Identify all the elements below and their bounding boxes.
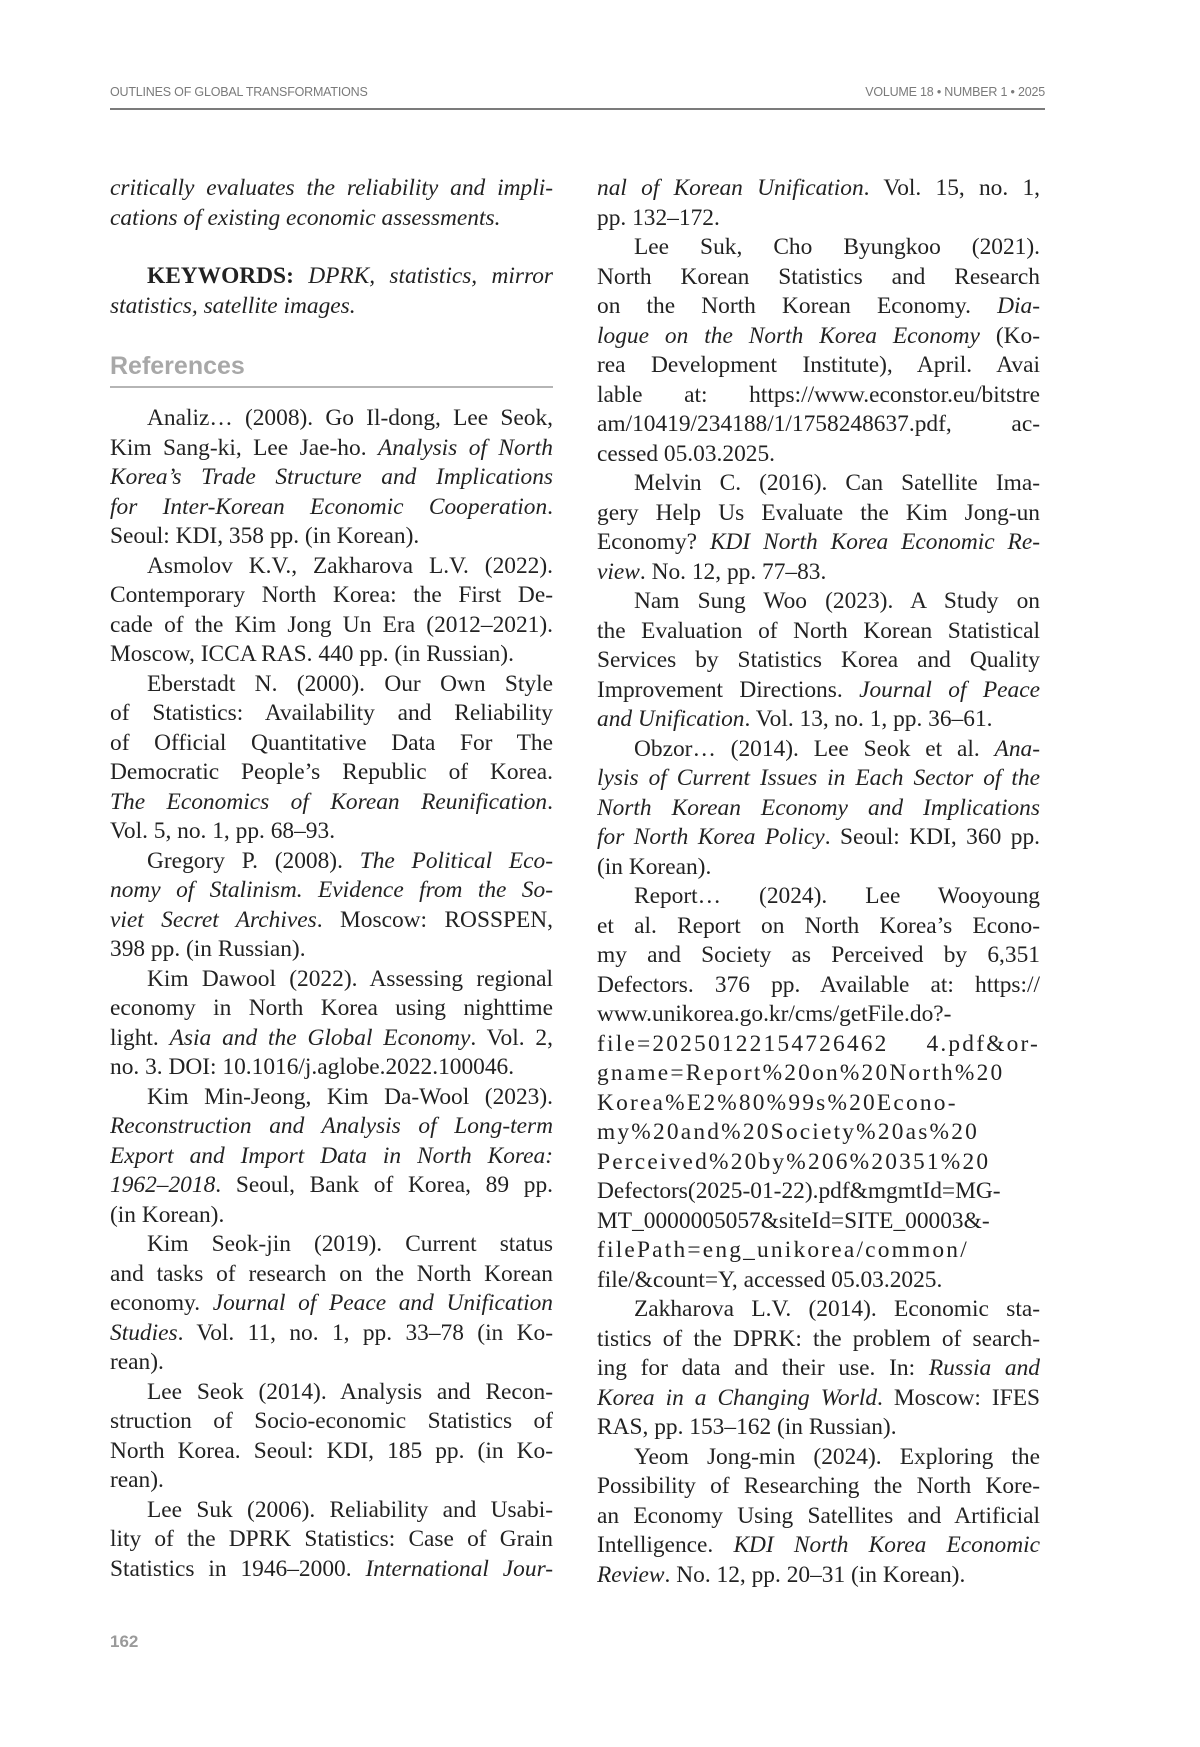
reference-line: Kim Seok-jin (2019). Current status [110, 1230, 553, 1260]
reference-line: of Statistics: Availability and Reliabil… [110, 699, 553, 729]
reference-line: RAS, pp. 153–162 (in Russian). [597, 1413, 1040, 1443]
reference-line: tistics of the DPRK: the problem of sear… [597, 1325, 1040, 1355]
reference-line: gery Help Us Evaluate the Kim Jong-un [597, 499, 1040, 529]
reference-line: Moscow, ICCA RAS. 440 pp. (in Russian). [110, 640, 553, 670]
reference-line: the Evaluation of North Korean Statistic… [597, 617, 1040, 647]
reference-line: Export and Import Data in North Korea: [110, 1142, 553, 1172]
reference-line: filePath=eng_unikorea/common/ [597, 1236, 1040, 1266]
reference-line: rean). [110, 1466, 553, 1496]
italic-title: Review [597, 1562, 665, 1588]
reference-line: (in Korean). [110, 1201, 553, 1231]
references-rule [110, 386, 553, 388]
reference-line: Korea%E2%80%99s%20Econo- [597, 1089, 1040, 1119]
reference-line: no. 3. DOI: 10.1016/j.aglobe.2022.100046… [110, 1053, 553, 1083]
reference-line: Intelligence. KDI North Korea Economic [597, 1531, 1040, 1561]
reference-line: Statistics in 1946–2000. International J… [110, 1555, 553, 1585]
references-list-right: nal of Korean Unification. Vol. 15, no. … [597, 174, 1040, 1590]
italic-title: KDI North Korea Economic [733, 1532, 1040, 1558]
reference-line: for North Korea Policy. Seoul: KDI, 360 … [597, 823, 1040, 853]
reference-line: nomy of Stalinism. Evidence from the So- [110, 876, 553, 906]
reference-line: logue on the North Korea Economy (Ko- [597, 322, 1040, 352]
keywords-line: KEYWORDS: DPRK, statistics, mirror [110, 262, 553, 292]
reference-line: ing for data and their use. In: Russia a… [597, 1354, 1040, 1384]
reference-line: rea Development Institute), April. Avai [597, 351, 1040, 381]
reference-line: Korea’s Trade Structure and Implications [110, 463, 553, 493]
reference-line: light. Asia and the Global Economy. Vol.… [110, 1024, 553, 1054]
italic-title: Dia- [997, 293, 1040, 319]
reference-line: Perceived%20by%206%20351%20 [597, 1148, 1040, 1178]
reference-line: my and Society as Perceived by 6,351 [597, 941, 1040, 971]
reference-line: MT_0000005057&siteId=SITE_00003&- [597, 1207, 1040, 1237]
reference-line: Lee Suk (2006). Reliability and Usabi- [110, 1496, 553, 1526]
keywords-line: statistics, satellite images. [110, 292, 553, 322]
reference-line: my%20and%20Society%20as%20 [597, 1118, 1040, 1148]
reference-line: Korea in a Changing World. Moscow: IFES [597, 1384, 1040, 1414]
abstract-line: cations of existing economic assessments… [110, 204, 553, 234]
reference-line: rean). [110, 1348, 553, 1378]
reference-line: Zakharova L.V. (2014). Economic sta- [597, 1295, 1040, 1325]
reference-line: The Economics of Korean Reunification. [110, 788, 553, 818]
keywords-label: KEYWORDS: [147, 263, 294, 289]
reference-line: view. No. 12, pp. 77–83. [597, 558, 1040, 588]
italic-title: Analysis of North [378, 435, 553, 461]
reference-line: Vol. 5, no. 1, pp. 68–93. [110, 817, 553, 847]
reference-line: 1962–2018. Seoul, Bank of Korea, 89 pp. [110, 1171, 553, 1201]
reference-line: Lee Suk, Cho Byungkoo (2021). [597, 233, 1040, 263]
references-list-left: Analiz… (2008). Go Il-dong, Lee Seok,Kim… [110, 404, 553, 1584]
reference-line: and Unification. Vol. 13, no. 1, pp. 36–… [597, 705, 1040, 735]
reference-line: North Korean Statistics and Research [597, 263, 1040, 293]
italic-title: The Economics of Korean Reunification [110, 789, 547, 815]
reference-line: Asmolov K.V., Zakharova L.V. (2022). [110, 552, 553, 582]
reference-line: Kim Min-Jeong, Kim Da-Wool (2023). [110, 1083, 553, 1113]
reference-line: pp. 132–172. [597, 204, 1040, 234]
italic-title: logue on the North Korea Economy [597, 323, 980, 349]
reference-line: Review. No. 12, pp. 20–31 (in Korean). [597, 1561, 1040, 1591]
reference-line: Reconstruction and Analysis of Long-term [110, 1112, 553, 1142]
italic-title: Journal of Peace [859, 677, 1040, 703]
italic-title: nomy of Stalinism. Evidence from the So- [110, 877, 553, 903]
spacer [110, 233, 553, 262]
italic-title: Korea’s Trade Structure and Implications [110, 464, 553, 490]
references-heading: References [110, 350, 553, 382]
italic-title: Ana- [995, 736, 1040, 762]
italic-title: The Political Eco- [360, 848, 553, 874]
italic-title: KDI North Korea Economic Re- [710, 529, 1040, 555]
issue-info: VOLUME 18 • NUMBER 1 • 2025 [865, 85, 1045, 99]
italic-title: Russia and [929, 1355, 1040, 1381]
reference-line: www.unikorea.go.kr/cms/getFile.do?- [597, 1000, 1040, 1030]
reference-line: Defectors(2025-01-22).pdf&mgmtId=MG- [597, 1177, 1040, 1207]
reference-line: Obzor… (2014). Lee Seok et al. Ana- [597, 735, 1040, 765]
reference-line: and tasks of research on the North Korea… [110, 1260, 553, 1290]
reference-line: Services by Statistics Korea and Quality [597, 646, 1040, 676]
italic-title: lysis of Current Issues in Each Sector o… [597, 765, 1040, 791]
italic-title: Reconstruction and Analysis of Long-term [110, 1113, 553, 1139]
right-column: nal of Korean Unification. Vol. 15, no. … [597, 174, 1040, 1590]
reference-line: Melvin C. (2016). Can Satellite Ima- [597, 469, 1040, 499]
italic-title: Export and Import Data in North Korea: [110, 1143, 553, 1169]
reference-line: viet Secret Archives. Moscow: ROSSPEN, [110, 906, 553, 936]
italic-title: 1962–2018 [110, 1172, 215, 1198]
reference-line: Eberstadt N. (2000). Our Own Style [110, 670, 553, 700]
reference-line: et al. Report on North Korea’s Econo- [597, 912, 1040, 942]
reference-line: 398 pp. (in Russian). [110, 935, 553, 965]
header-rule [110, 108, 1045, 110]
reference-line: cade of the Kim Jong Un Era (2012–2021). [110, 611, 553, 641]
reference-line: Report… (2024). Lee Wooyoung [597, 882, 1040, 912]
italic-title: North Korean Economy and Implications [597, 795, 1040, 821]
reference-line: economy. Journal of Peace and Unificatio… [110, 1289, 553, 1319]
keywords-list: DPRK, statistics, mirror [308, 263, 553, 289]
abstract-line: critically evaluates the reliability and… [110, 174, 553, 204]
reference-line: Seoul: KDI, 358 pp. (in Korean). [110, 522, 553, 552]
reference-line: Nam Sung Woo (2023). A Study on [597, 587, 1040, 617]
reference-line: economy in North Korea using nighttime [110, 994, 553, 1024]
reference-line: an Economy Using Satellites and Artifici… [597, 1502, 1040, 1532]
reference-line: on the North Korean Economy. Dia- [597, 292, 1040, 322]
journal-title: OUTLINES OF GLOBAL TRANSFORMATIONS [110, 85, 368, 99]
reference-line: Defectors. 376 pp. Available at: https:/… [597, 971, 1040, 1001]
italic-title: viet Secret Archives [110, 907, 317, 933]
reference-line: Possibility of Researching the North Kor… [597, 1472, 1040, 1502]
running-head: OUTLINES OF GLOBAL TRANSFORMATIONS VOLUM… [110, 85, 1045, 105]
italic-title: Korea in a Changing World [597, 1385, 877, 1411]
reference-line: Kim Sang-ki, Lee Jae-ho. Analysis of Nor… [110, 434, 553, 464]
italic-title: for North Korea Policy [597, 824, 825, 850]
reference-line: struction of Socio-economic Statistics o… [110, 1407, 553, 1437]
italic-title: and Unification [597, 706, 744, 732]
spacer [110, 321, 553, 350]
italic-title: nal of Korean Unification [597, 175, 864, 201]
reference-line: Kim Dawool (2022). Assessing regional [110, 965, 553, 995]
reference-line: Studies. Vol. 11, no. 1, pp. 33–78 (in K… [110, 1319, 553, 1349]
reference-line: nal of Korean Unification. Vol. 15, no. … [597, 174, 1040, 204]
reference-line: of Official Quantitative Data For The [110, 729, 553, 759]
reference-line: file=20250122154726462 4.pdf&or- [597, 1030, 1040, 1060]
reference-line: cessed 05.03.2025. [597, 440, 1040, 470]
italic-title: for Inter-Korean Economic Cooperation [110, 494, 547, 520]
reference-line: North Korean Economy and Implications [597, 794, 1040, 824]
reference-line: lity of the DPRK Statistics: Case of Gra… [110, 1525, 553, 1555]
left-column: critically evaluates the reliability and… [110, 174, 553, 1584]
reference-line: file/&count=Y, accessed 05.03.2025. [597, 1266, 1040, 1296]
reference-line: Contemporary North Korea: the First De- [110, 581, 553, 611]
reference-line: (in Korean). [597, 853, 1040, 883]
reference-line: for Inter-Korean Economic Cooperation. [110, 493, 553, 523]
reference-line: North Korea. Seoul: KDI, 185 pp. (in Ko- [110, 1437, 553, 1467]
reference-line: Lee Seok (2014). Analysis and Recon- [110, 1378, 553, 1408]
reference-line: Analiz… (2008). Go Il-dong, Lee Seok, [110, 404, 553, 434]
reference-line: am/10419/234188/1/1758248637.pdf, ac- [597, 410, 1040, 440]
reference-line: Democratic People’s Republic of Korea. [110, 758, 553, 788]
reference-line: lysis of Current Issues in Each Sector o… [597, 764, 1040, 794]
reference-line: Yeom Jong-min (2024). Exploring the [597, 1443, 1040, 1473]
italic-title: Studies [110, 1320, 178, 1346]
reference-line: lable at: https://www.econstor.eu/bitstr… [597, 381, 1040, 411]
reference-line: Economy? KDI North Korea Economic Re- [597, 528, 1040, 558]
reference-line: Gregory P. (2008). The Political Eco- [110, 847, 553, 877]
italic-title: International Jour- [365, 1556, 553, 1582]
reference-line: Improvement Directions. Journal of Peace [597, 676, 1040, 706]
page-number: 162 [110, 1632, 138, 1652]
italic-title: Journal of Peace and Unification [213, 1290, 553, 1316]
italic-title: view [597, 559, 640, 585]
reference-line: gname=Report%20on%20North%20 [597, 1059, 1040, 1089]
italic-title: Asia and the Global Economy [170, 1025, 471, 1051]
